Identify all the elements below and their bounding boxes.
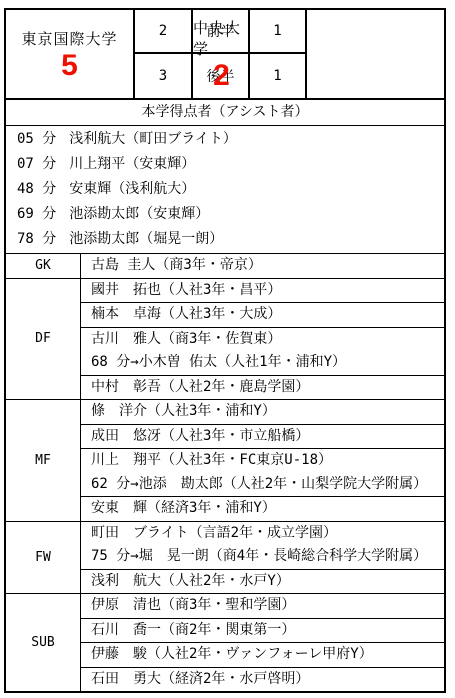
player-line: 75 分→堀 晃一朗（商4年・長崎総合科学大学附属） [81, 545, 444, 569]
lineup-row: 條 洋介（人社3年・浦和Y） [81, 400, 444, 424]
lineup-group-gk: GK古島 圭人（商3年・帝京） [6, 253, 444, 278]
lineup-group-df: DF國井 拓也（人社3年・昌平）楠本 卓海（人社3年・大成）古川 雅人（商3年・… [6, 278, 444, 400]
scorer-row: 48 分安東輝（浅利航大） [6, 177, 444, 202]
player-line: 成田 悠冴（人社3年・市立船橋） [81, 425, 444, 449]
position-label: SUB [6, 594, 81, 691]
halves-grid: 2前半13後半1 [135, 10, 193, 98]
position-label: GK [6, 254, 81, 278]
home-team-cell: 東京国際大学 5 [6, 10, 135, 98]
lineup-row: 古島 圭人（商3年・帝京） [81, 254, 444, 278]
match-result-table: 東京国際大学 5 2前半13後半1 中央大学 2 本学得点者（アシスト者） 05… [4, 8, 446, 693]
scorer-name: 安東輝（浅利航大） [69, 181, 195, 197]
player-line: 石川 喬一（商2年・関東第一） [81, 619, 444, 643]
scorer-row: 05 分浅利航大（町田ブライト） [6, 127, 444, 152]
lineup-row: 中村 彰吾（人社2年・鹿島学園） [81, 375, 444, 400]
player-line: 楠本 卓海（人社3年・大成） [81, 303, 444, 327]
lineup-row: 安東 輝（経済3年・浦和Y） [81, 496, 444, 521]
scorers-list: 05 分浅利航大（町田ブライト）07 分川上翔平（安東輝）48 分安東輝（浅利航… [6, 126, 444, 253]
position-label: DF [6, 279, 81, 400]
player-line: 浅利 航大（人社2年・水戸Y） [81, 570, 444, 594]
lineup-row: 古川 雅人（商3年・佐賀東）68 分→小木曽 佑太（人社1年・浦和Y） [81, 327, 444, 375]
player-line: 條 洋介（人社3年・浦和Y） [81, 400, 444, 424]
away-team-cell: 中央大学 2 [193, 10, 250, 98]
lineup-group-mf: MF條 洋介（人社3年・浦和Y）成田 悠冴（人社3年・市立船橋）川上 翔平（人社… [6, 399, 444, 521]
position-label: FW [6, 522, 81, 594]
scorer-row: 78 分池添勘太郎（堀晃一朗） [6, 227, 444, 252]
lineup-rows: 伊原 清也（商3年・聖和学園）石川 喬一（商2年・関東第一）伊藤 駿（人社2年・… [81, 594, 444, 691]
lineup-group-fw: FW町田 ブライト（言語2年・成立学園）75 分→堀 晃一朗（商4年・長崎総合科… [6, 521, 444, 594]
lineup-row: 町田 ブライト（言語2年・成立学園）75 分→堀 晃一朗（商4年・長崎総合科学大… [81, 522, 444, 569]
lineup-row: 國井 拓也（人社3年・昌平） [81, 279, 444, 303]
away-team-name: 中央大学 [193, 17, 250, 59]
player-line: 安東 輝（経済3年・浦和Y） [81, 497, 444, 521]
home-team-name: 東京国際大学 [21, 28, 117, 49]
player-line: 古島 圭人（商3年・帝京） [81, 254, 444, 278]
scorer-name: 池添勘太郎（安東輝） [69, 206, 209, 222]
player-line: 62 分→池添 勘太郎（人社2年・山梨学院大学附属） [81, 473, 444, 497]
lineup-row: 石川 喬一（商2年・関東第一） [81, 618, 444, 643]
half-away-goals: 1 [250, 54, 307, 98]
lineup-table: GK古島 圭人（商3年・帝京）DF國井 拓也（人社3年・昌平）楠本 卓海（人社3… [6, 253, 444, 691]
position-label: MF [6, 400, 81, 521]
lineup-row: 伊藤 駿（人社2年・ヴァンフォーレ甲府Y） [81, 642, 444, 667]
scorer-name: 川上翔平（安東輝） [69, 156, 195, 172]
lineup-group-sub: SUB伊原 清也（商3年・聖和学園）石川 喬一（商2年・関東第一）伊藤 駿（人社… [6, 593, 444, 691]
player-line: 中村 彰吾（人社2年・鹿島学園） [81, 376, 444, 400]
player-line: 國井 拓也（人社3年・昌平） [81, 279, 444, 303]
lineup-row: 石田 勇大（経済2年・水戸啓明） [81, 667, 444, 692]
scorer-name: 浅利航大（町田ブライト） [69, 131, 237, 147]
scorer-minute: 78 分 [17, 231, 56, 247]
lineup-rows: 町田 ブライト（言語2年・成立学園）75 分→堀 晃一朗（商4年・長崎総合科学大… [81, 522, 444, 594]
lineup-rows: 條 洋介（人社3年・浦和Y）成田 悠冴（人社3年・市立船橋）川上 翔平（人社3年… [81, 400, 444, 521]
lineup-rows: 國井 拓也（人社3年・昌平）楠本 卓海（人社3年・大成）古川 雅人（商3年・佐賀… [81, 279, 444, 400]
away-team-score: 2 [213, 61, 230, 91]
scorer-name: 池添勘太郎（堀晃一朗） [69, 231, 223, 247]
lineup-row: 成田 悠冴（人社3年・市立船橋） [81, 424, 444, 449]
half-home-goals: 2 [135, 10, 193, 54]
score-header: 東京国際大学 5 2前半13後半1 中央大学 2 [6, 10, 444, 100]
scorer-minute: 07 分 [17, 156, 56, 172]
lineup-row: 川上 翔平（人社3年・FC東京U-18）62 分→池添 勘太郎（人社2年・山梨学… [81, 448, 444, 496]
half-away-goals: 1 [250, 10, 307, 54]
match-report-page: 東京国際大学 5 2前半13後半1 中央大学 2 本学得点者（アシスト者） 05… [0, 0, 455, 698]
scorer-row: 69 分池添勘太郎（安東輝） [6, 202, 444, 227]
player-line: 古川 雅人（商3年・佐賀東） [81, 328, 444, 352]
player-line: 伊藤 駿（人社2年・ヴァンフォーレ甲府Y） [81, 643, 444, 667]
scorer-minute: 48 分 [17, 181, 56, 197]
player-line: 町田 ブライト（言語2年・成立学園） [81, 522, 444, 546]
player-line: 伊原 清也（商3年・聖和学園） [81, 594, 444, 618]
half-home-goals: 3 [135, 54, 193, 98]
scorer-minute: 05 分 [17, 131, 56, 147]
scorer-minute: 69 分 [17, 206, 56, 222]
scorer-row: 07 分川上翔平（安東輝） [6, 152, 444, 177]
scorers-title: 本学得点者（アシスト者） [6, 100, 444, 126]
lineup-row: 浅利 航大（人社2年・水戸Y） [81, 569, 444, 594]
lineup-rows: 古島 圭人（商3年・帝京） [81, 254, 444, 278]
home-team-score: 5 [61, 51, 78, 81]
player-line: 68 分→小木曽 佑太（人社1年・浦和Y） [81, 351, 444, 375]
lineup-row: 楠本 卓海（人社3年・大成） [81, 302, 444, 327]
player-line: 川上 翔平（人社3年・FC東京U-18） [81, 449, 444, 473]
lineup-row: 伊原 清也（商3年・聖和学園） [81, 594, 444, 618]
player-line: 石田 勇大（経済2年・水戸啓明） [81, 668, 444, 692]
